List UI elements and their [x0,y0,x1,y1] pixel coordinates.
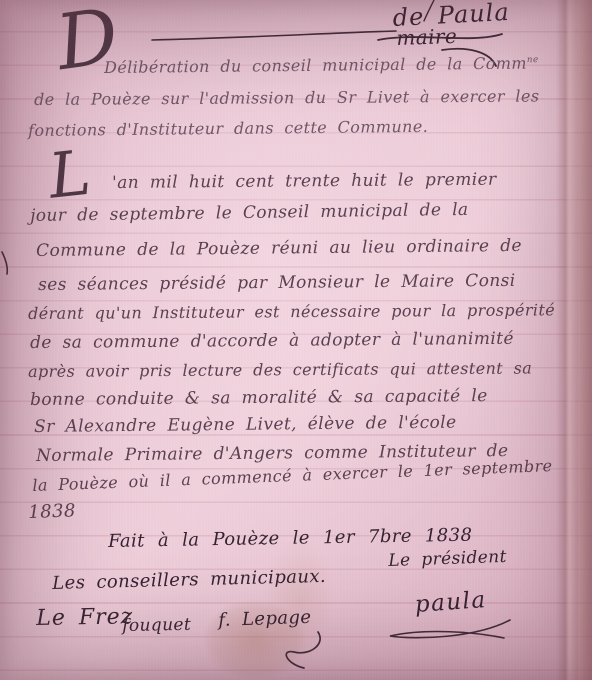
ornamental-initial-l: L [46,142,93,208]
title-line-1: Délibération du conseil municipal de la … [104,53,539,77]
title-line-3: fonctions d'Instituteur dans cette Commu… [28,117,428,140]
manuscript-page: de Paula maire D Délibération du conseil… [0,0,592,680]
president-label: Le président [388,547,507,571]
president-signature: paula [414,587,487,618]
page-fold-edge [556,0,578,680]
stray-ink-mark-left [0,250,14,276]
councillors-label: Les conseillers municipaux. [52,566,326,594]
signature-lepage: f. Lepage [218,607,312,631]
body-line-1: 'an mil huit cent trente huit le premier [112,170,497,193]
title-abbr-sup: ne [527,55,539,65]
body-line-12: 1838 [28,500,76,523]
title-line-1-text: Délibération du conseil municipal de la … [104,54,527,77]
flourish-line [150,26,400,46]
body-line-3: Commune de la Pouèze réuni au lieu ordin… [36,236,522,261]
body-line-6: de sa commune d'accorde à adopter à l'un… [30,329,514,353]
body-line-4: ses séances présidé par Monsieur le Mair… [38,271,516,295]
body-line-7: après avoir pris lecture des certificats… [28,358,532,381]
page-right-edge [578,0,592,680]
lepage-signature-flourish [260,630,330,672]
closing-date-line: Fait à la Pouèze le 1er 7bre 1838 [108,525,473,552]
body-line-2: jour de septembre le Conseil municipal d… [30,200,469,226]
president-signature-flourish [386,616,516,642]
body-line-5: dérant qu'un Instituteur est nécessaire … [28,300,555,323]
body-line-9: Sr Alexandre Eugène Livet, élève de l'éc… [34,413,457,437]
body-line-8: bonne conduite & sa moralité & sa capaci… [30,386,488,410]
title-line-2: de la Pouèze sur l'admission du Sr Livet… [34,86,539,109]
signature-fouquet: fouquet [122,615,191,636]
signature-le-frez: Le Frez [36,604,133,631]
